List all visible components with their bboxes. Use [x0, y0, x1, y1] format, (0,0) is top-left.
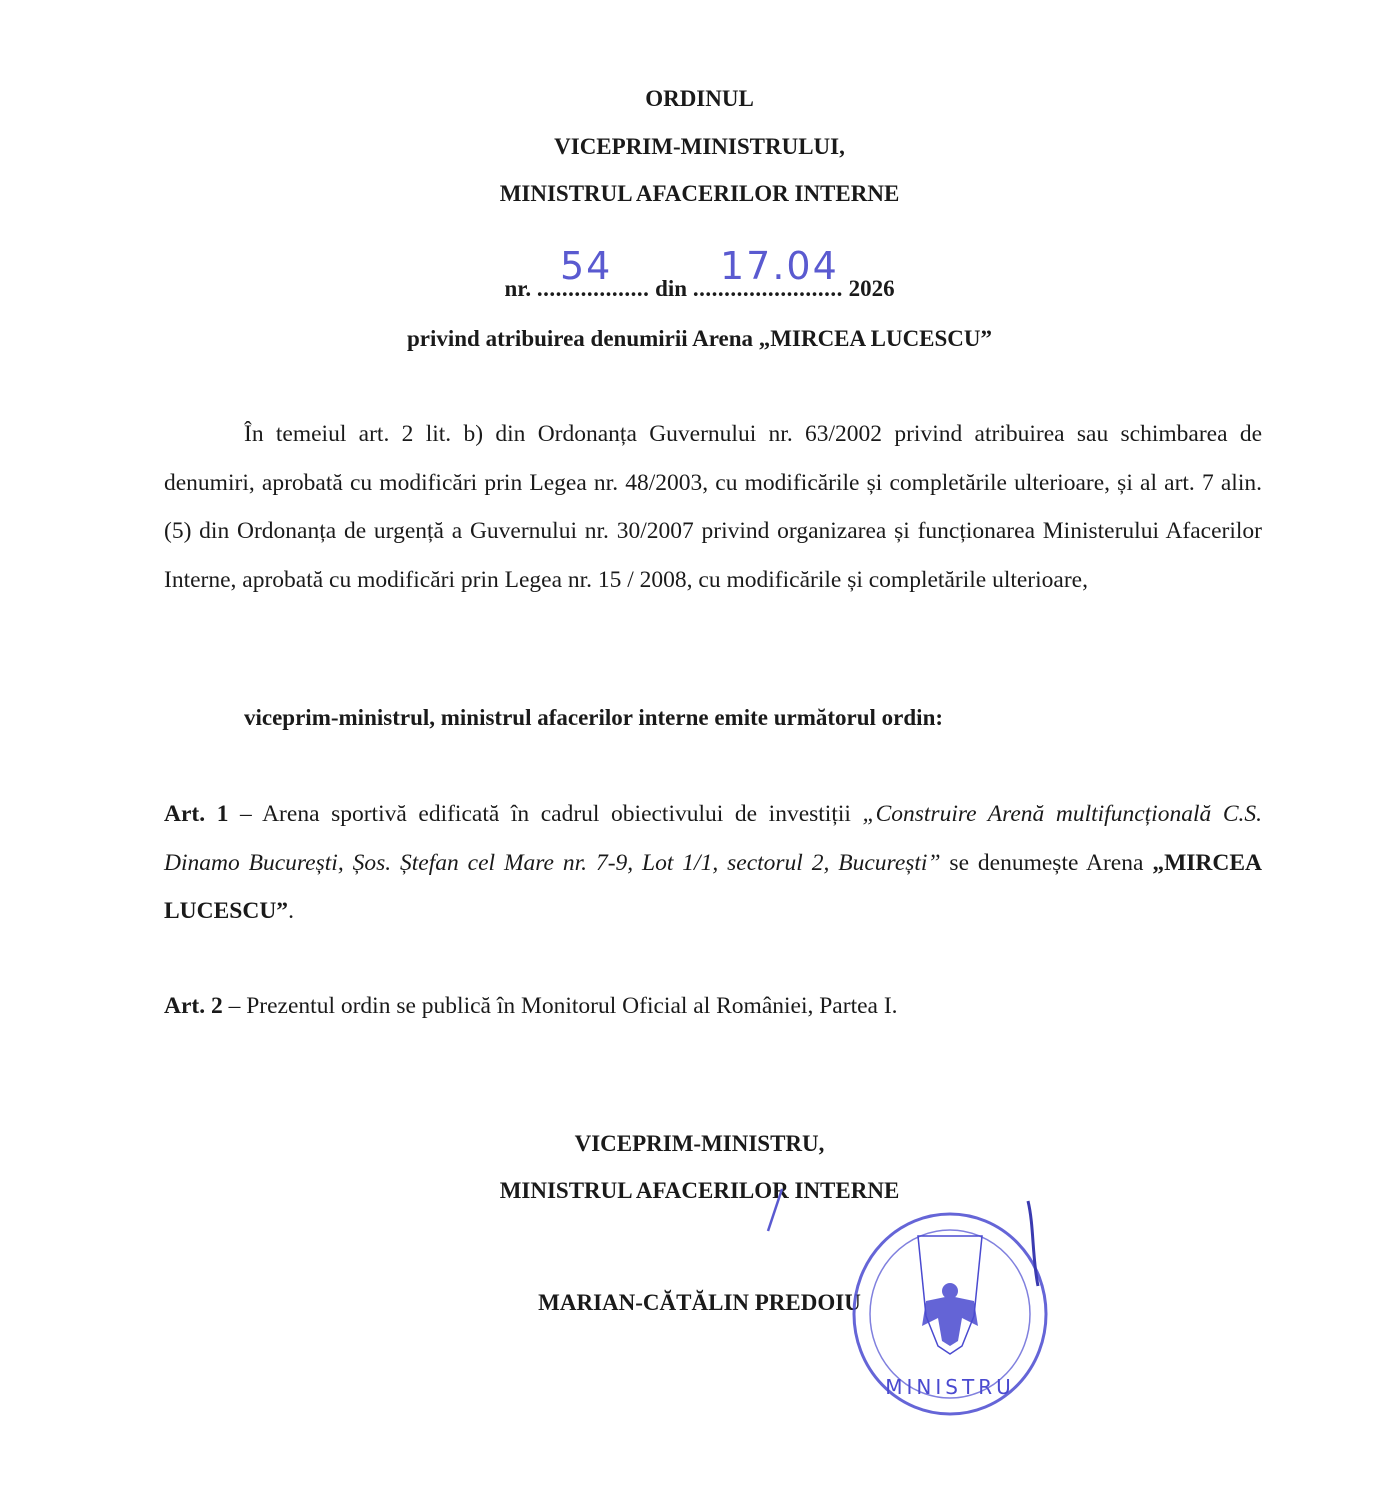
signature-stroke-icon [760, 1185, 790, 1235]
article-2-label: Art. 2 [164, 993, 223, 1019]
signatory-name: MARIAN-CĂTĂLIN PREDOIU [0, 1290, 1399, 1316]
issuer-title: VICEPRIM-MINISTRULUI, [0, 134, 1399, 160]
stamp-bottom-text: MINISTRU [885, 1375, 1014, 1399]
signature-title: VICEPRIM-MINISTRU, [0, 1131, 1399, 1157]
year: 2026 [849, 276, 895, 301]
order-subject: privind atribuirea denumirii Arena „MIRC… [0, 326, 1399, 352]
article-1-text: – Arena sportivă edificată în cadrul obi… [228, 801, 862, 827]
handwritten-date: 17.04 [720, 244, 839, 288]
handwritten-order-number: 54 [560, 244, 612, 288]
preamble-paragraph: În temeiul art. 2 lit. b) din Ordonanța … [164, 410, 1262, 604]
ministry-title: MINISTRUL AFACERILOR INTERNE [0, 181, 1399, 207]
ministry-stamp-icon: MINISTRU [848, 1196, 1053, 1418]
article-1-text-rest: se denumește Arena [941, 850, 1153, 876]
order-title: ORDINUL [0, 86, 1399, 112]
signature-ministry: MINISTRUL AFACERILOR INTERNE [0, 1178, 1399, 1204]
article-2-text: – Prezentul ordin se publică în Monitoru… [223, 993, 898, 1019]
order-number-line: nr. .................. din .............… [0, 276, 1399, 302]
article-1-period: . [288, 898, 294, 924]
issuing-formula: viceprim-ministrul, ministrul afacerilor… [244, 705, 943, 731]
nr-label: nr. [504, 276, 531, 301]
article-2: Art. 2 – Prezentul ordin se publică în M… [164, 982, 1262, 1031]
article-1: Art. 1 – Arena sportivă edificată în cad… [164, 790, 1262, 936]
din-label: din [655, 276, 687, 301]
article-1-label: Art. 1 [164, 801, 228, 827]
